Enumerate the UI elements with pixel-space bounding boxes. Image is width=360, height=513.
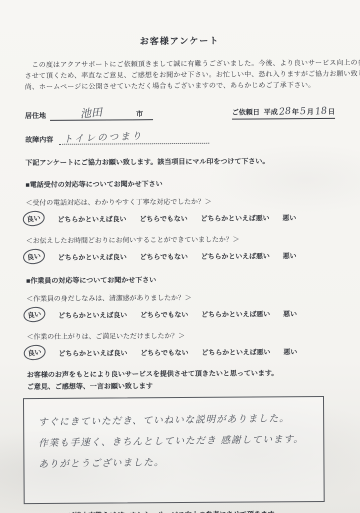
year-suffix: 年 — [292, 108, 299, 118]
day-suffix: 日 — [328, 107, 335, 117]
issue-row: 故障内容 トイレのつまり — [25, 128, 335, 145]
issue-field: トイレのつまり — [59, 129, 209, 145]
rating-option: どちらでもない — [139, 213, 187, 223]
request-date-field: ご依頼日 平成 28 年 5 月 18 日 — [232, 106, 335, 120]
rating-option-good-circled: 良い — [22, 306, 46, 324]
month-handwritten-value: 5 — [299, 106, 306, 118]
rating-option: 悪い — [283, 250, 297, 260]
footer-thanks: ご協力有難うございました。サービス向上の参考にさせて頂きます。 — [24, 508, 325, 513]
rating-option: どちらでもない — [140, 309, 188, 319]
year-handwritten-value: 28 — [278, 106, 291, 118]
rating-option: どちらかといえば良い — [58, 347, 127, 357]
intro-line: 尚、ホームページに公開させていただく場合もございますので、あらかじめご了承下さい… — [25, 81, 335, 94]
rating-option: どちらかといえば良い — [58, 309, 127, 319]
era-label: 平成 — [264, 108, 278, 118]
rating-option: どちらかといえば良い — [58, 251, 127, 261]
rating-option: どちらかといえば悪い — [201, 308, 270, 318]
rating-option-good-circled: 良い — [22, 210, 46, 228]
comment-box: すぐにきていただき、ていねいな説明がありました。 作業も手速く、きちんとしていた… — [23, 396, 325, 504]
rating-row: 良い どちらかといえば良い どちらでもない どちらかといえば悪い 悪い — [27, 343, 337, 360]
day-handwritten-value: 18 — [314, 106, 327, 118]
question-phone-response: ＜受付の電話対応は、わかりやすく丁寧な対応でしたか？＞ — [26, 195, 336, 207]
rating-option: どちらかといえば悪い — [201, 346, 270, 356]
rating-option: どちらでもない — [140, 347, 188, 357]
intro-paragraph: この度はアクアサポートにご依頼頂きまして誠に有難うございました。今後、より良いサ… — [25, 59, 335, 94]
rating-row: 良い どちらかといえば良い どちらでもない どちらかといえば悪い 悪い — [26, 247, 336, 264]
rating-option: 悪い — [282, 212, 296, 222]
question-worker-appearance: ＜作業員の身だしなみは、清潔感がありましたか？＞ — [26, 291, 336, 303]
section-header-phone: ■電話受付の対応等についてお聞かせ下さい — [25, 178, 335, 190]
comment-lead-1: お客様のお声をもとにより良いサービスを提供させて頂きたいと思っています。 — [27, 368, 337, 380]
issue-handwritten-value: トイレのつまり — [63, 128, 144, 145]
survey-sheet: お客様アンケート この度はアクアサポートにご依頼頂きまして誠に有難うございました… — [0, 0, 360, 513]
comment-lead-2: ご意見、ご感想等、一言お願い致します — [27, 380, 337, 392]
rating-option: 悪い — [283, 308, 297, 318]
survey-instruction: 下記アンケートにご協力お願い致します。該当項目にマル印をつけて下さい。 — [25, 156, 335, 168]
comment-handwritten-line: ありがとうございました。 — [38, 450, 313, 475]
rating-option-good-circled: 良い — [23, 344, 47, 362]
question-work-result: ＜作業の仕上がりは、ご満足いただけましたか？＞ — [27, 329, 337, 341]
rating-row: 良い どちらかといえば良い どちらでもない どちらかといえば悪い 悪い — [26, 209, 336, 226]
rating-option-good-circled: 良い — [22, 248, 46, 266]
issue-label: 故障内容 — [25, 135, 53, 145]
residence-suffix: 市 — [132, 110, 153, 121]
date-label: ご依頼日 — [232, 108, 260, 118]
form-title: お客様アンケート — [24, 33, 334, 48]
rating-option: 悪い — [283, 346, 297, 356]
section-header-worker: ■作業員の対応等についてお聞かせ下さい — [26, 274, 336, 286]
survey-content: お客様アンケート この度はアクアサポートにご依頼頂きまして誠に有難うございました… — [0, 0, 360, 513]
residence-date-row: 居住地 池田 市 ご依頼日 平成 28 年 5 月 18 日 — [25, 103, 335, 121]
rating-option: どちらでもない — [140, 251, 188, 261]
residence-handwritten-value: 池田 — [79, 104, 102, 122]
residence-field: 池田 — [50, 104, 132, 122]
rating-option: どちらかといえば悪い — [201, 250, 270, 260]
rating-option: どちらかといえば悪い — [201, 212, 270, 222]
month-suffix: 月 — [307, 107, 314, 117]
residence-label: 居住地 — [25, 111, 46, 121]
rating-option: どちらかといえば良い — [57, 213, 126, 223]
rating-row: 良い どちらかといえば良い どちらでもない どちらかといえば悪い 悪い — [26, 305, 336, 322]
question-arrival-time: ＜お伝えしたお時間どおりにお伺いすることができていましたか？＞ — [26, 233, 336, 245]
